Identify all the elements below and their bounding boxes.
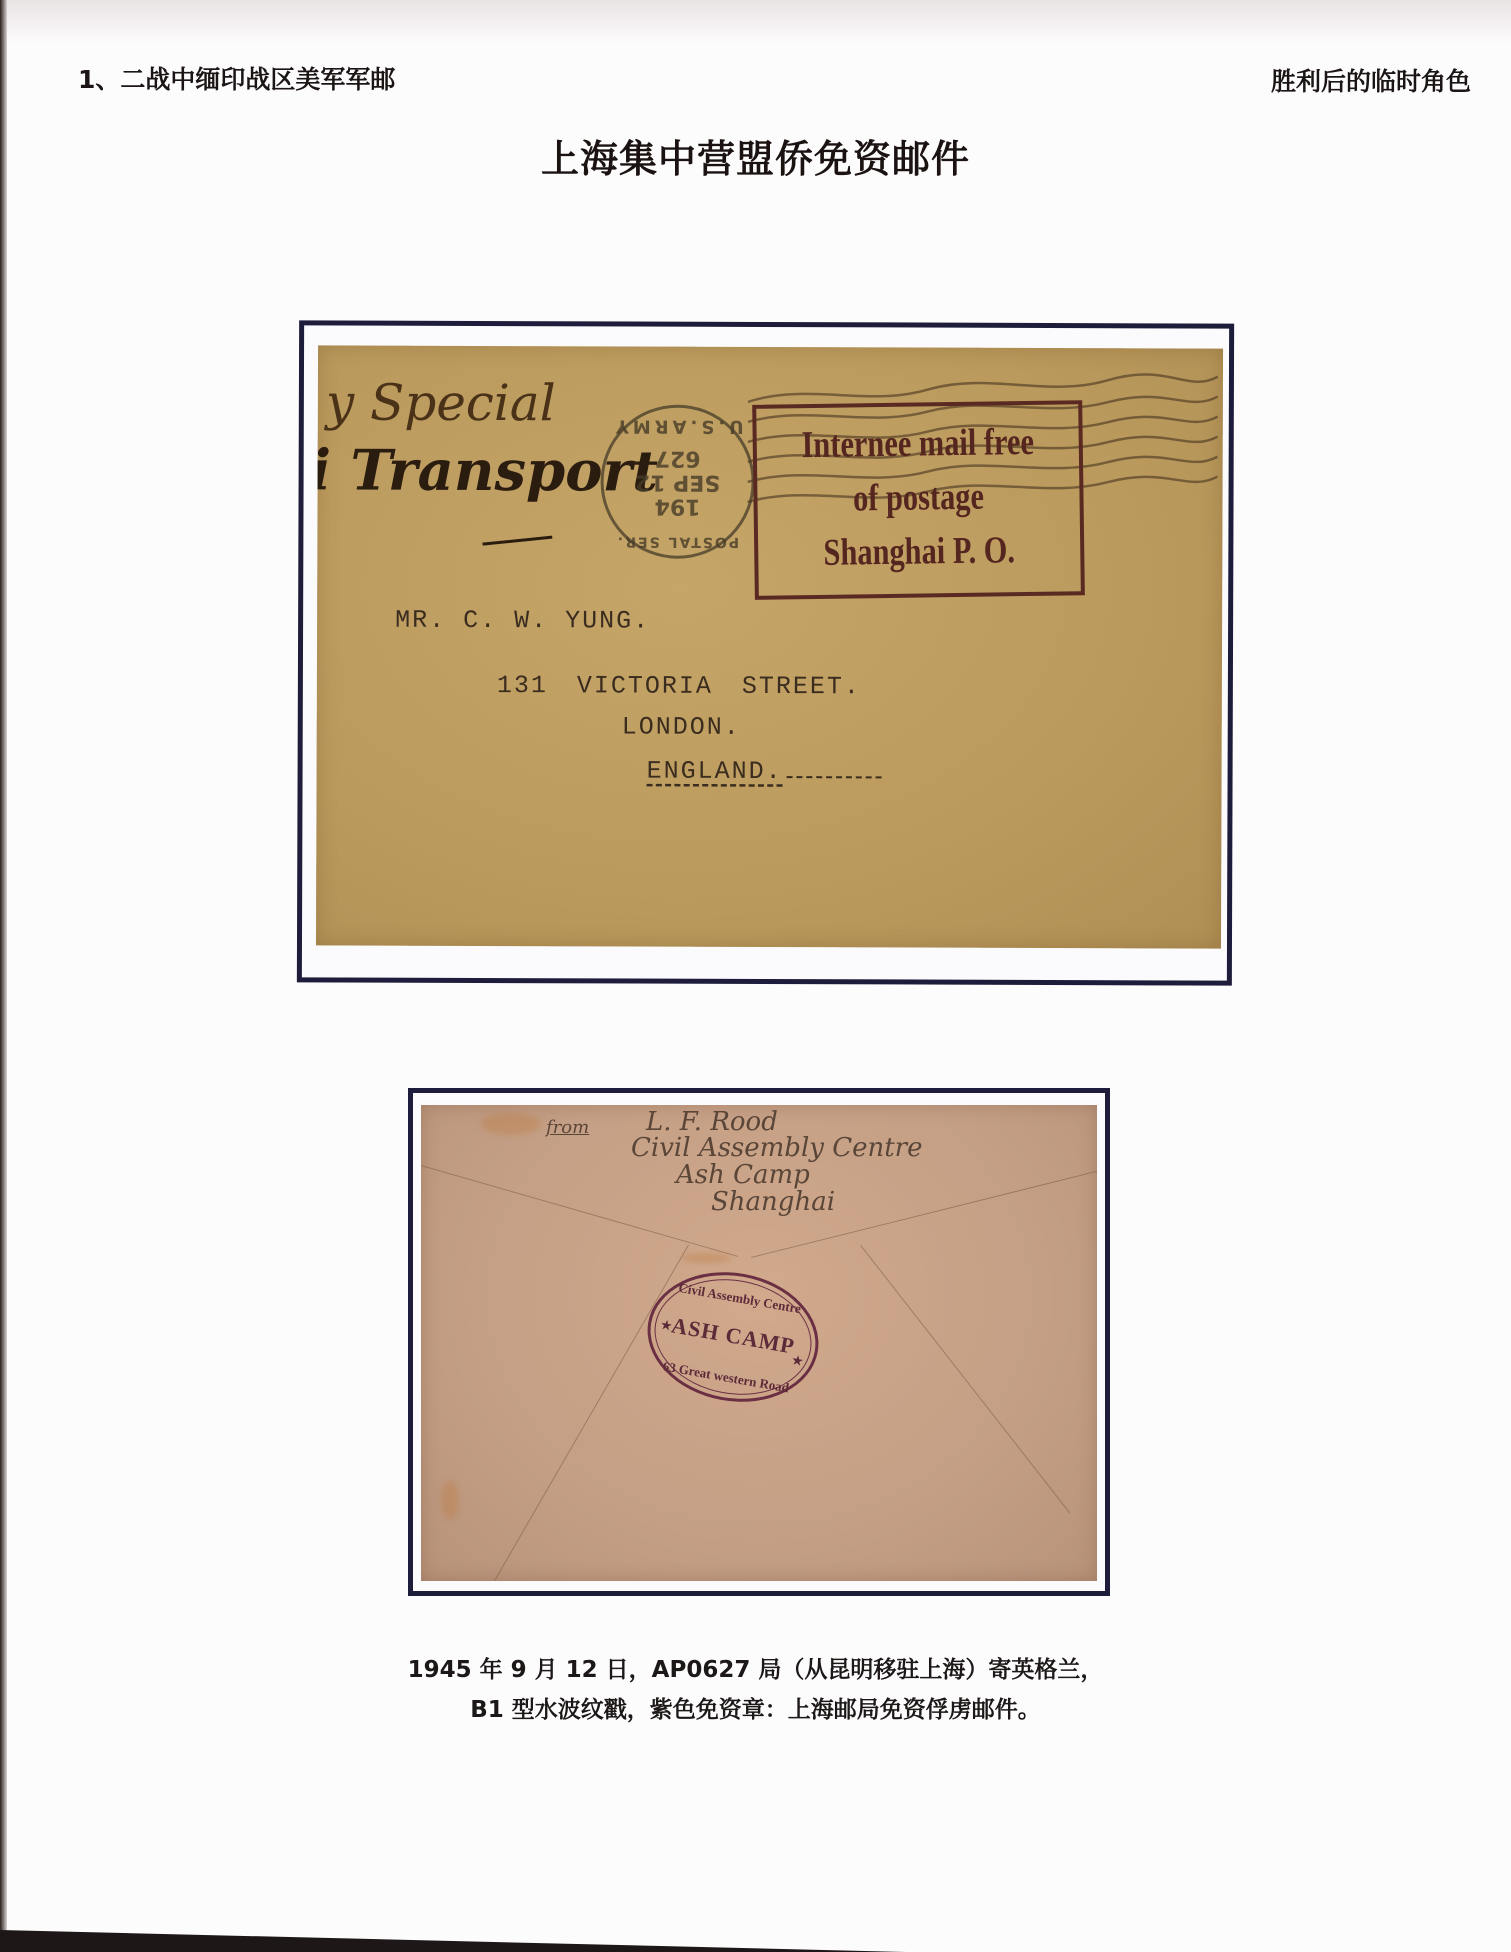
address-city: LONDON.: [622, 712, 741, 741]
star-icon: ★: [791, 1353, 804, 1370]
envelope-flap-edge: [478, 1245, 689, 1582]
page-top-shading: [0, 0, 1511, 45]
return-camp: Ash Camp: [676, 1160, 810, 1190]
stain: [441, 1480, 459, 1520]
envelope-flap-edge: [860, 1245, 1070, 1514]
caption-line-1: 1945 年 9 月 12 日，AP0627 局（从昆明移驻上海）寄英格兰，: [0, 1650, 1511, 1690]
back-cover-envelope: from L. F. Rood Civil Assembly Centre As…: [421, 1105, 1097, 1581]
front-cover-mount: y Special i Transport POSTAL SER. 194 SE…: [297, 320, 1234, 985]
front-cover-envelope: y Special i Transport POSTAL SER. 194 SE…: [316, 345, 1223, 948]
return-from-label: from: [546, 1113, 589, 1143]
cachet-line: of postage: [789, 469, 1047, 527]
ash-camp-oval-stamp: Civil Assembly Centre ★ ASH CAMP ★ 63 Gr…: [637, 1259, 829, 1415]
page-bottom-shadow: [0, 1930, 1511, 1952]
caption-line-2: B1 型水波纹戳，紫色免资章：上海邮局免资俘虏邮件。: [0, 1690, 1511, 1730]
address-street: 131 VICTORIA STREET.: [497, 671, 861, 701]
address-name: MR. C. W. YUNG.: [395, 606, 650, 636]
cachet-line: Internee mail free: [789, 415, 1047, 473]
postmark-year: 194: [655, 494, 701, 518]
section-label: 1、二战中缅印战区美军军邮: [78, 60, 395, 96]
postmark-ring-top: POSTAL SER.: [616, 533, 739, 549]
return-city: Shanghai: [711, 1187, 835, 1217]
stain: [681, 1253, 731, 1263]
back-cover-mount: from L. F. Rood Civil Assembly Centre As…: [408, 1088, 1110, 1596]
us-army-postmark: POSTAL SER. 194 SEP 12 627 U.S.ARMY: [600, 404, 755, 559]
stain: [481, 1113, 541, 1135]
internee-mail-cachet: Internee mail free of postage Shanghai P…: [752, 400, 1085, 600]
return-organization: Civil Assembly Centre: [631, 1133, 923, 1163]
postmark-station: 627: [655, 446, 701, 470]
cover-description: 1945 年 9 月 12 日，AP0627 局（从昆明移驻上海）寄英格兰， B…: [0, 1650, 1511, 1730]
cachet-line: Shanghai P. O.: [790, 523, 1048, 581]
postmark-date: SEP 12: [635, 470, 720, 494]
handwriting-underline: [482, 536, 552, 546]
address-country: ENGLAND.: [647, 757, 882, 787]
chapter-label: 胜利后的临时角色: [1271, 62, 1471, 98]
handwriting-special: y Special: [326, 373, 556, 432]
postmark-ring-bottom: U.S.ARMY: [612, 415, 744, 436]
page-title: 上海集中营盟侨免资邮件: [0, 128, 1511, 183]
stamp-bottom-text: 63 Great western Road: [643, 1355, 809, 1400]
